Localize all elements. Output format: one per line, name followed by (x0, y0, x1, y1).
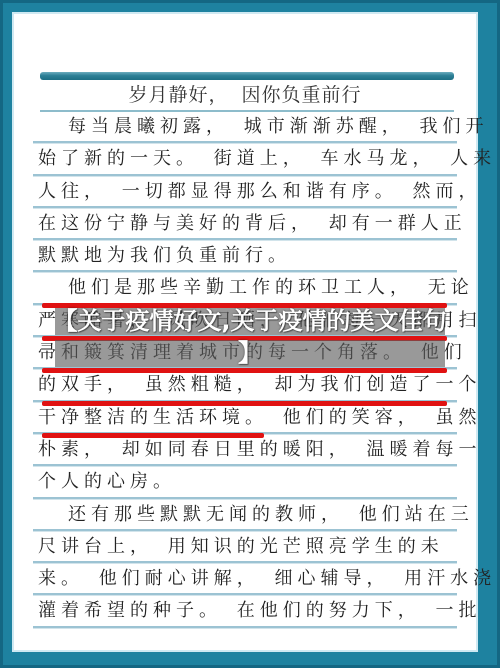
red-underline (42, 368, 447, 373)
text-line: 个人的心房。 (33, 466, 457, 498)
caption-text-line2: 】 (238, 340, 262, 367)
text-line: 始了新的一天。 街道上， 车水马龙， 人来 (33, 143, 457, 175)
header-divider-bar (40, 72, 454, 80)
text-line: 朴素， 却如同春日里的暖阳， 温暖着每一 (33, 434, 457, 466)
text-line: 还有那些默默无闻的教师， 他们站在三 (33, 499, 457, 531)
caption-text-line1: 【关于疫情好文,关于疫情的美文佳句 (53, 308, 446, 335)
text-line: 默默地为我们负重前行。 (33, 240, 457, 272)
caption-overlay-line1: 【关于疫情好文,关于疫情的美文佳句 (55, 308, 445, 335)
text-line: 来。 他们耐心讲解， 细心辅导， 用汗水浇 (33, 563, 457, 595)
page-title: 岁月静好， 因你负重前行 (14, 80, 476, 107)
text-line: 的双手， 虽然粗糙， 却为我们创造了一个 (33, 369, 457, 401)
image-frame: 岁月静好， 因你负重前行 每当晨曦初露， 城市渐渐苏醒， 我们开 始了新的一天。… (0, 0, 500, 668)
red-underline-partial (42, 433, 264, 438)
text-line: 干净整洁的生活环境。 他们的笑容， 虽然 (33, 402, 457, 434)
text-line: 在这份宁静与美好的背后， 却有一群人正 (33, 208, 457, 240)
red-underline (42, 401, 447, 406)
caption-overlay-line2: 】 (55, 340, 445, 367)
text-line: 他们是那些辛勤工作的环卫工人， 无论 (33, 272, 457, 304)
text-line: 尺讲台上， 用知识的光芒照亮学生的未 (33, 531, 457, 563)
text-line: 灌着希望的种子。 在他们的努力下， 一批 (33, 595, 457, 627)
text-line: 每当晨曦初露， 城市渐渐苏醒， 我们开 (33, 111, 457, 143)
notebook-page: 岁月静好， 因你负重前行 每当晨曦初露， 城市渐渐苏醒， 我们开 始了新的一天。… (12, 12, 478, 652)
text-line: 人往， 一切都显得那么和谐有序。 然而， (33, 176, 457, 208)
